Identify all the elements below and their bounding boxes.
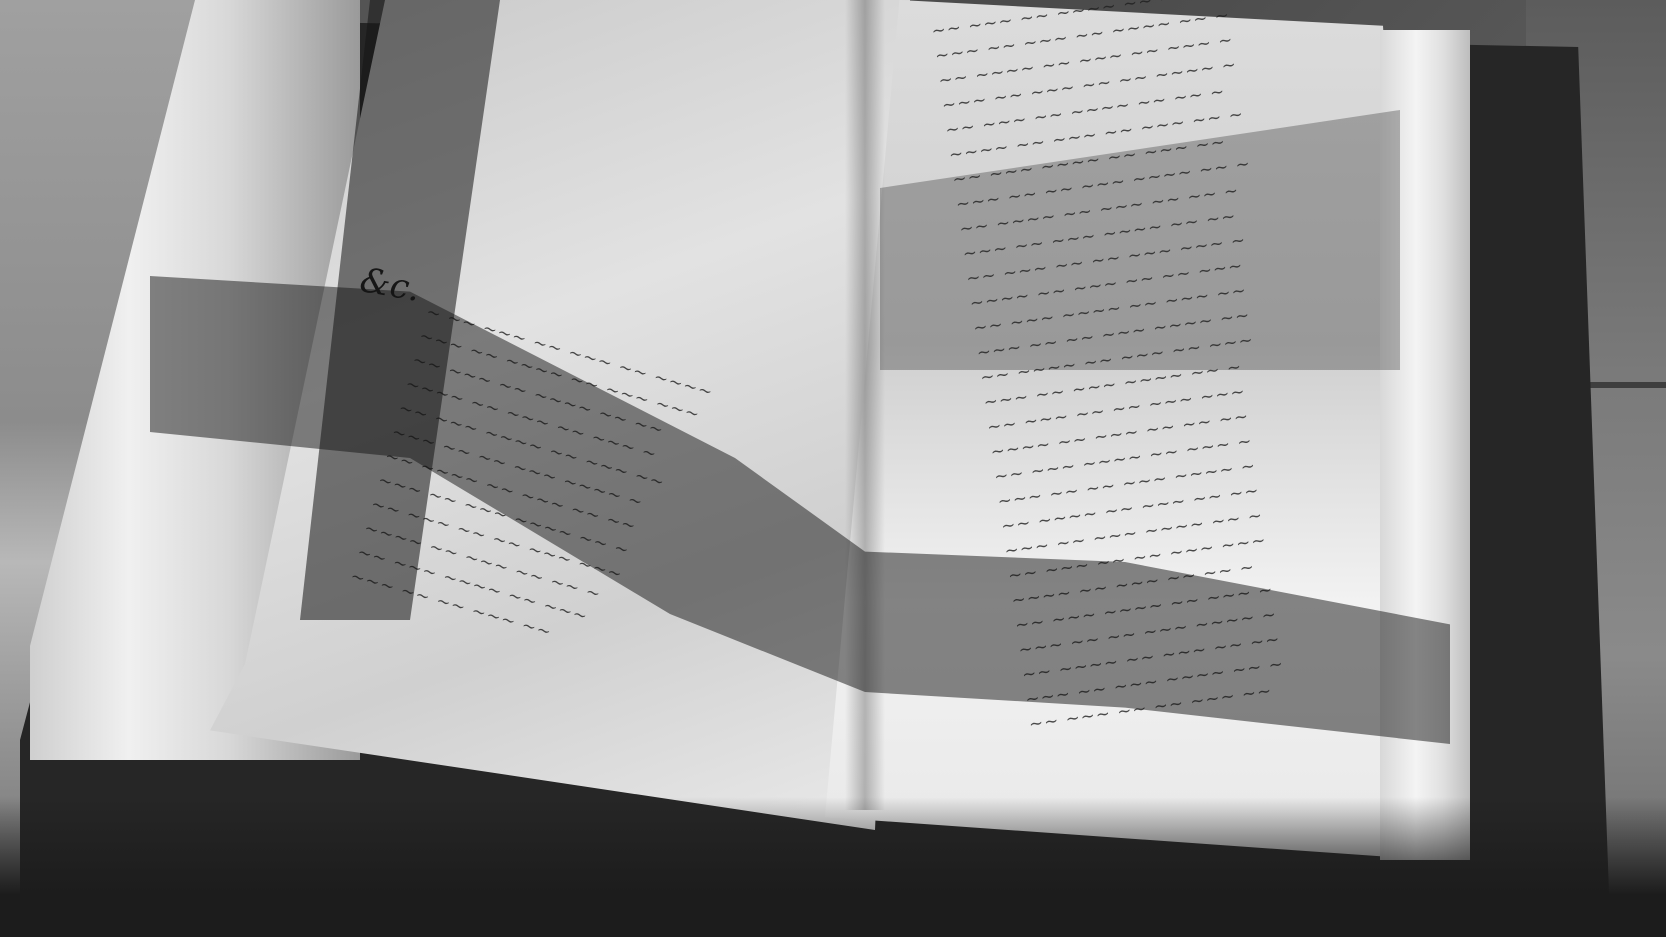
foreground-shadow xyxy=(0,797,1666,937)
